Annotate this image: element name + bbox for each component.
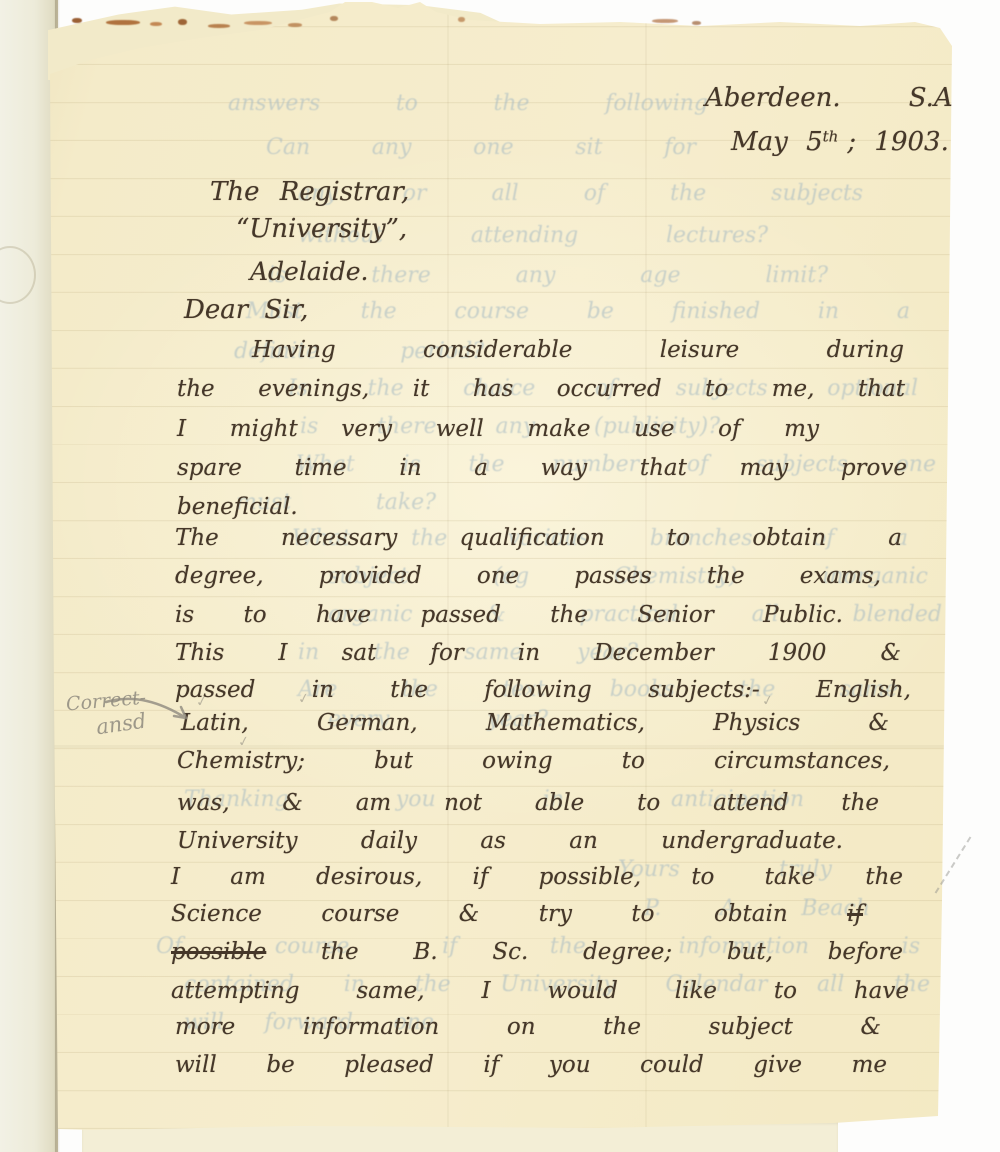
verification-tick-icon: ✓ bbox=[761, 692, 775, 710]
verification-tick-icon: ✓ bbox=[195, 693, 209, 711]
body-line: will be pleased if you could give me bbox=[175, 1053, 887, 1078]
place-line: Aberdeen. S.A. bbox=[705, 84, 961, 113]
bleedthrough-line: Can any one sit for bbox=[266, 136, 696, 160]
body-line: The necessary qualification to obtain a bbox=[175, 526, 902, 551]
body-line: was, & am not able to attend the bbox=[177, 791, 879, 816]
body-line: the evenings, it has occurred to me, tha… bbox=[177, 377, 905, 402]
verification-tick-icon: ✓ bbox=[297, 690, 311, 708]
body-line: degree, provided one passes the exams, bbox=[175, 564, 881, 589]
verification-tick-icon: ✓ bbox=[237, 733, 251, 751]
body-text: Science course & try to obtain bbox=[171, 901, 788, 927]
body-line: beneficial. bbox=[177, 495, 298, 520]
body-line: possible the B. Sc. degree; but, before bbox=[171, 940, 903, 965]
folded-sheet-edge bbox=[0, 0, 58, 1152]
body-text: the B. Sc. degree; but, before bbox=[321, 939, 903, 965]
ink-blot bbox=[941, 1110, 947, 1116]
scanned-letter: answers to the following Can any one sit… bbox=[0, 0, 1000, 1152]
date-line: May 5th; 1903. bbox=[731, 128, 949, 157]
bleedthrough-line: Must the course be finished in a bbox=[246, 300, 910, 324]
body-line: I might very well make use of my bbox=[177, 417, 819, 442]
date-ordinal: th bbox=[823, 128, 839, 146]
date-year: ; 1903. bbox=[847, 127, 948, 157]
struck-word: if bbox=[847, 901, 863, 927]
body-line: I am desirous, if possible, to take the bbox=[171, 865, 903, 890]
body-line: more information on the subject & bbox=[175, 1015, 881, 1040]
body-line: attempting same, I would like to have bbox=[171, 979, 909, 1004]
date-day: May 5 bbox=[731, 127, 823, 157]
bleedthrough-line: answers to the following bbox=[228, 92, 708, 116]
body-line: is to have passed the Senior Public. bbox=[175, 603, 843, 628]
body-line: Having considerable leisure during bbox=[252, 338, 904, 363]
recipient-line: “University”, bbox=[236, 215, 407, 244]
body-line: Science course & try to obtain if bbox=[171, 902, 863, 927]
recipient-line: Adelaide. bbox=[250, 258, 369, 286]
body-line: Latin, German, Mathematics, Physics & bbox=[181, 711, 889, 736]
margin-arrow-icon bbox=[104, 692, 196, 734]
letter-page: answers to the following Can any one sit… bbox=[0, 0, 1000, 1152]
body-line: Chemistry; but owing to circumstances, bbox=[177, 749, 890, 774]
body-line: This I sat for in December 1900 & bbox=[175, 641, 901, 666]
salutation-line: Dear Sir, bbox=[184, 296, 308, 325]
body-line: spare time in a way that may prove bbox=[177, 456, 907, 481]
recipient-line: The Registrar, bbox=[210, 178, 409, 207]
body-line: passed in the following subjects:- Engli… bbox=[175, 678, 911, 703]
body-line: University daily as an undergraduate. bbox=[177, 829, 843, 854]
struck-word: possible bbox=[171, 939, 266, 965]
